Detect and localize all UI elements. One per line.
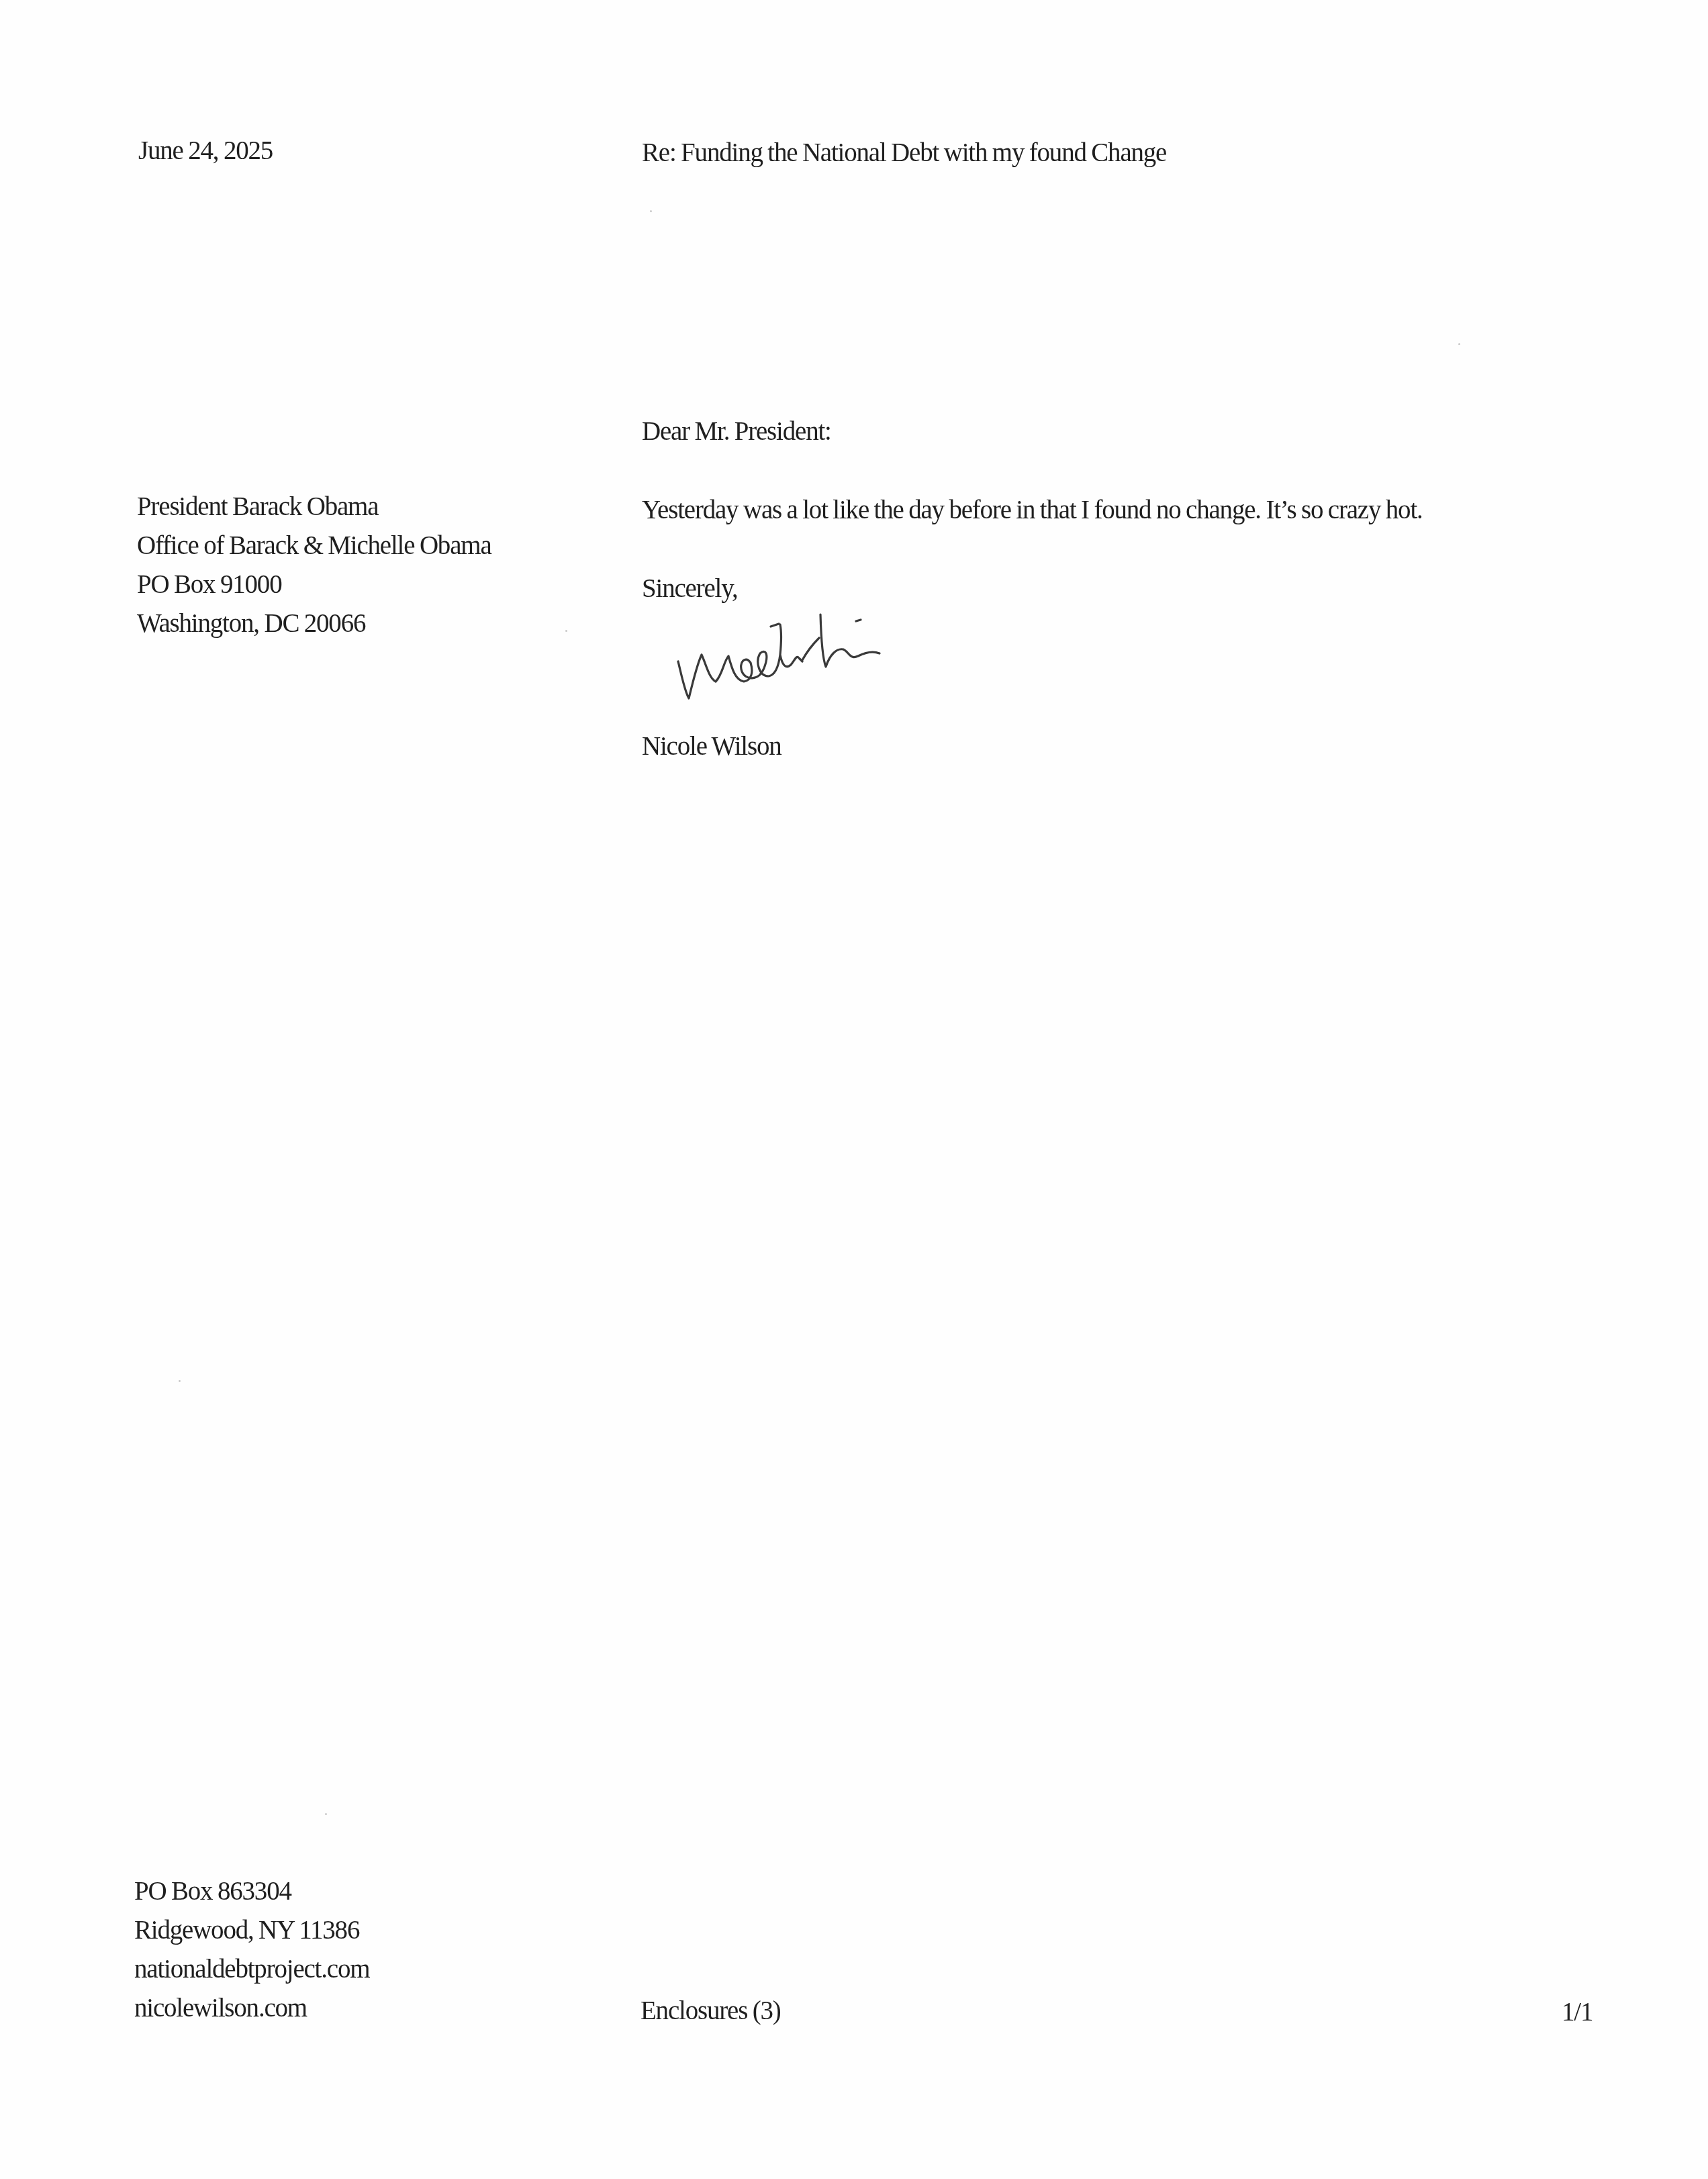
closing: Sincerely,: [642, 575, 738, 602]
paper-speck: [325, 1813, 327, 1815]
enclosures-note: Enclosures (3): [640, 1998, 781, 2024]
recipient-city: Washington, DC 20066: [137, 604, 491, 643]
recipient-address: President Barack Obama Office of Barack …: [137, 488, 491, 643]
paper-speck: [650, 210, 652, 212]
sender-website-project: nationaldebtproject.com: [134, 1950, 369, 1989]
sender-po-box: PO Box 863304: [134, 1872, 369, 1911]
sender-city: Ridgewood, NY 11386: [134, 1911, 369, 1950]
paper-speck: [1458, 343, 1460, 345]
letter-date: June 24, 2025: [138, 138, 273, 164]
paper-speck: [565, 630, 567, 632]
sender-address: PO Box 863304 Ridgewood, NY 11386 nation…: [134, 1872, 369, 2028]
letter-subject: Re: Funding the National Debt with my fo…: [642, 140, 1166, 166]
page-number: 1/1: [1562, 1999, 1593, 2025]
sender-website-personal: nicolewilson.com: [134, 1989, 369, 2028]
recipient-name: President Barack Obama: [137, 488, 491, 526]
recipient-office: Office of Barack & Michelle Obama: [137, 526, 491, 565]
paper-speck: [179, 1380, 181, 1382]
signature-icon: [665, 601, 974, 715]
letter-page: June 24, 2025 Re: Funding the National D…: [0, 0, 1708, 2179]
letter-body: Yesterday was a lot like the day before …: [642, 497, 1423, 523]
signer-name: Nicole Wilson: [642, 733, 781, 759]
recipient-po-box: PO Box 91000: [137, 565, 491, 604]
salutation: Dear Mr. President:: [642, 418, 831, 445]
